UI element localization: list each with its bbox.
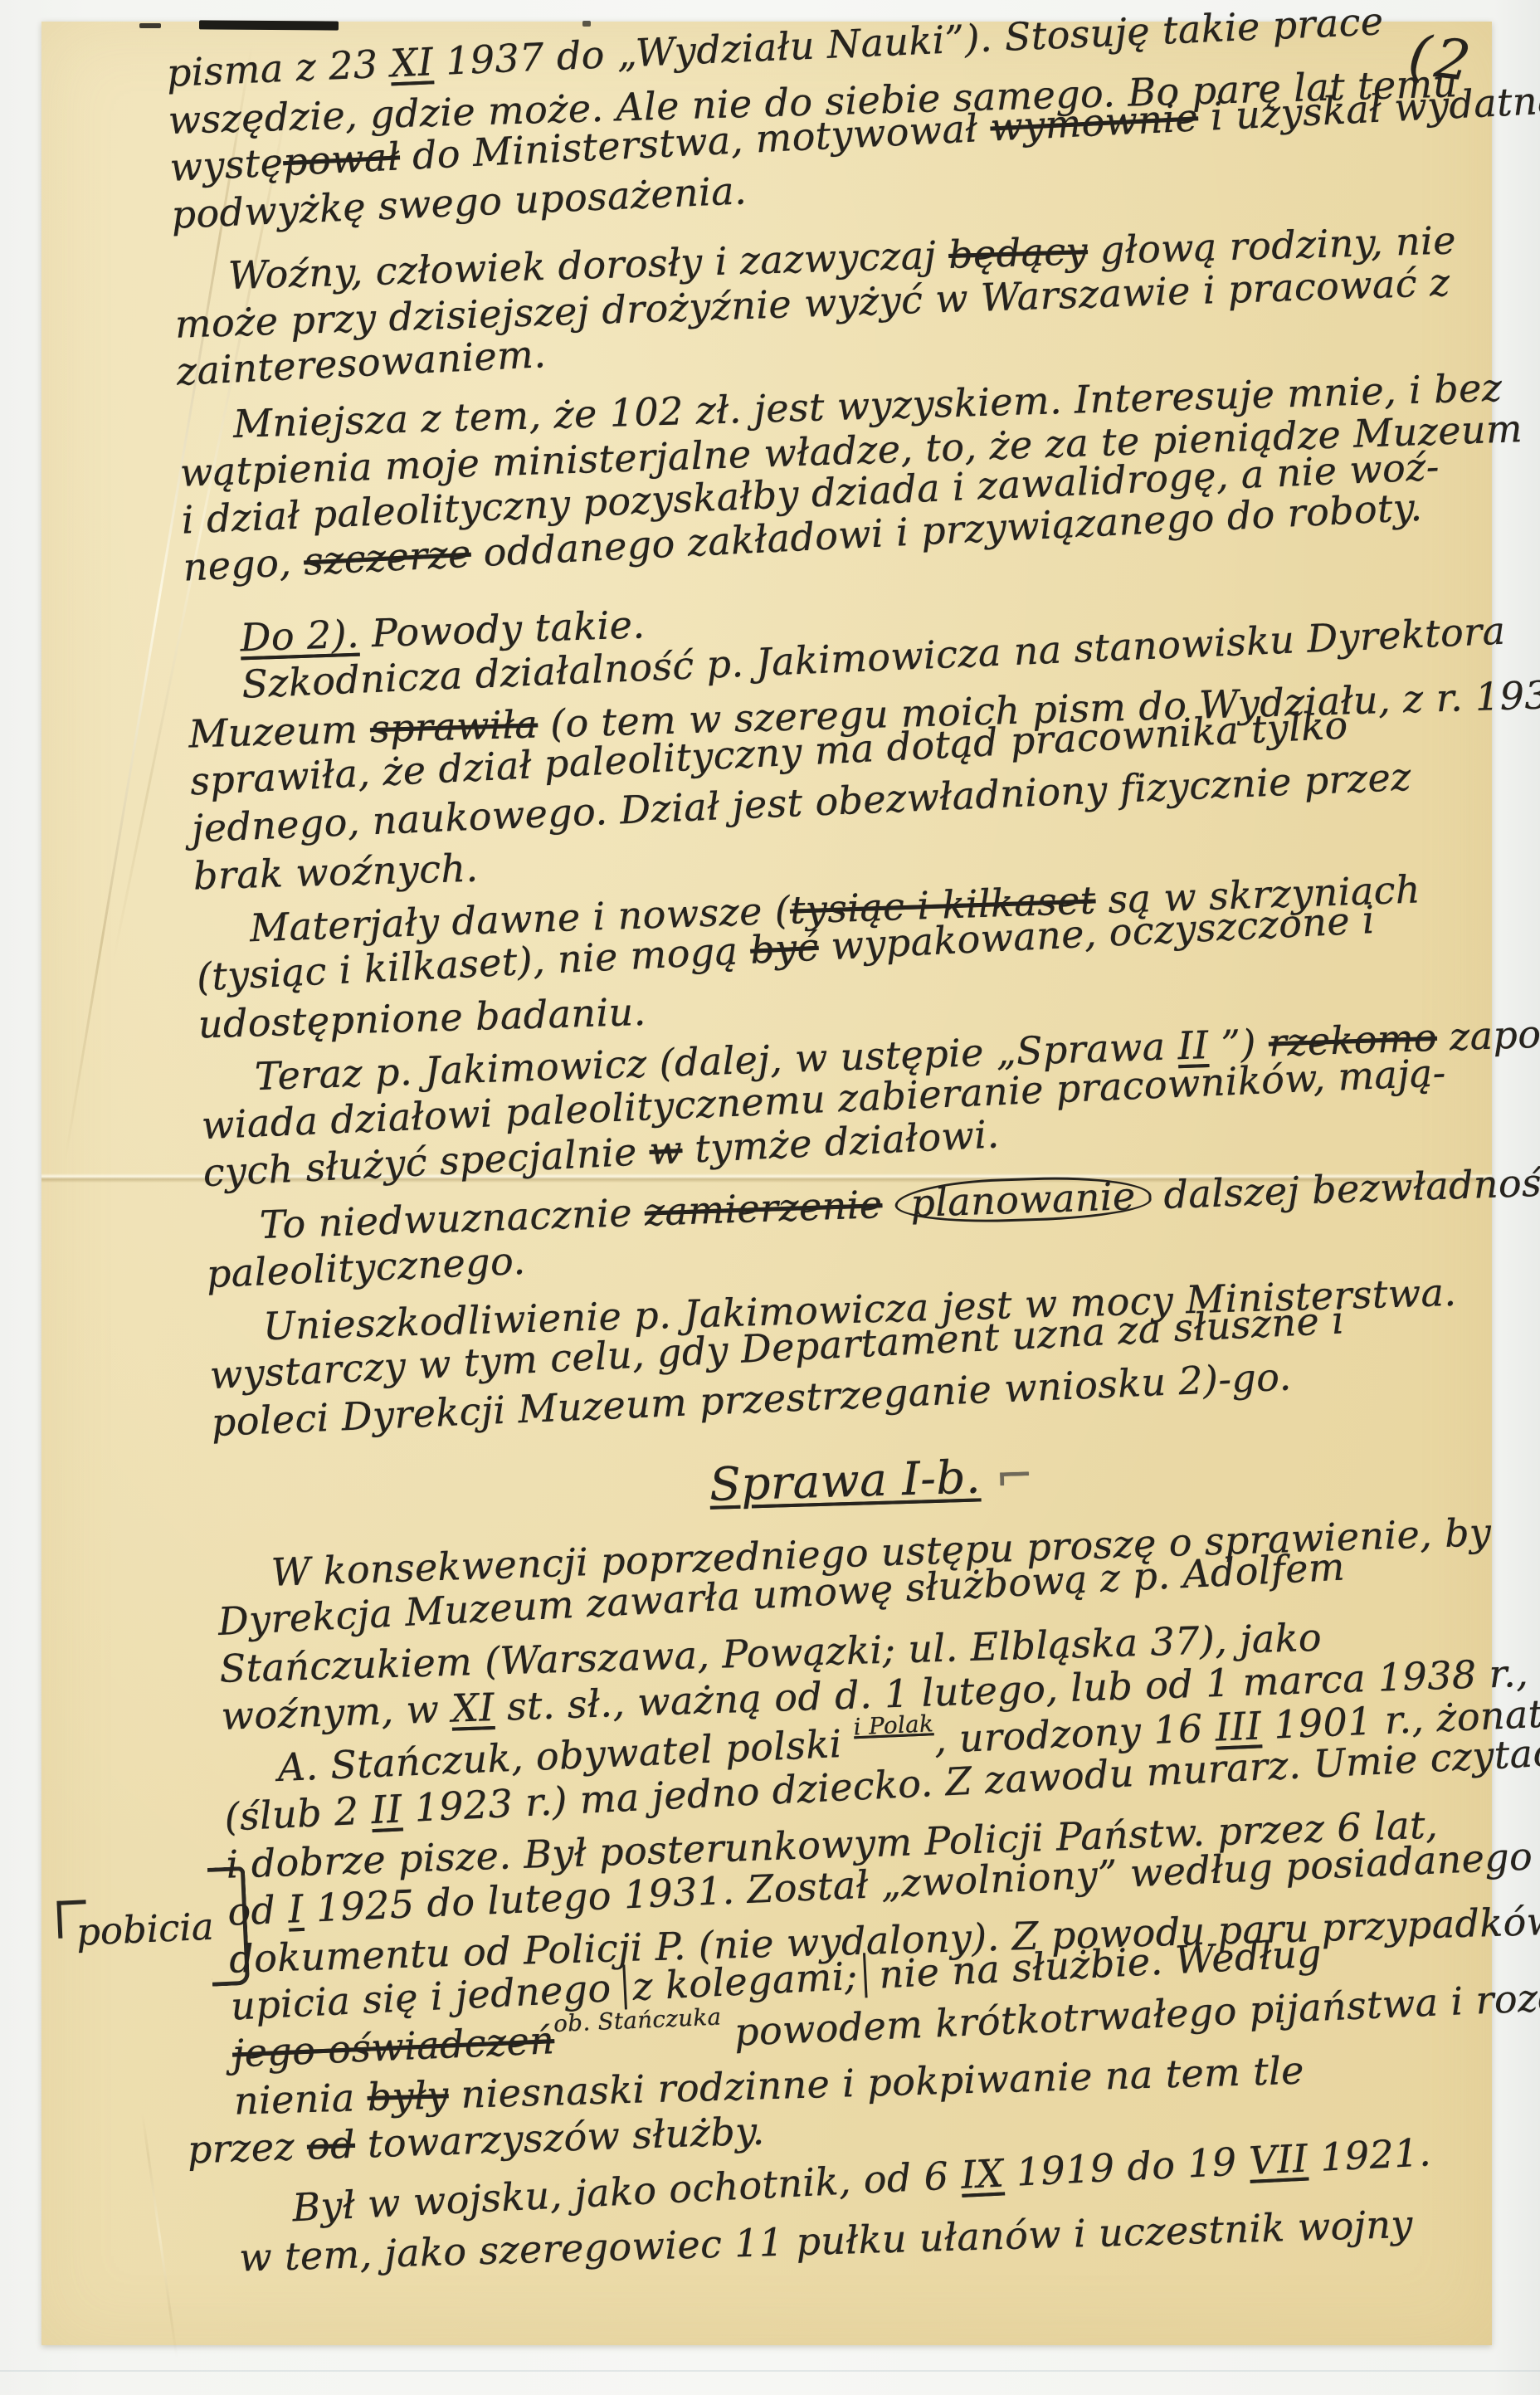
- text-segment: pował: [282, 134, 401, 184]
- text-segment: będący: [948, 228, 1088, 277]
- text-segment: wymownie: [989, 95, 1199, 149]
- text-segment: brak woźnych.: [192, 846, 479, 899]
- text-segment: 1921.: [1307, 2129, 1432, 2180]
- text-segment: były: [367, 2072, 449, 2119]
- text-segment: w: [648, 1127, 683, 1173]
- handwritten-line: Sprawa I-b. ⌐: [213, 1433, 1530, 1526]
- text-segment: wystę: [168, 139, 284, 190]
- text-segment: IX: [960, 2150, 1005, 2197]
- top-edge-smudge: [199, 20, 339, 30]
- text-segment: [881, 1182, 895, 1227]
- paper: (2 pobicia pisma z 23 XI 1937 do „Wydzia…: [41, 22, 1492, 2345]
- text-segment: VII: [1248, 2136, 1309, 2183]
- scan-background: { "scan": { "page_number": "(2", "margin…: [0, 0, 1540, 2395]
- text-segment: I: [287, 1886, 305, 1932]
- text-segment: ob. Stańczuka: [553, 1993, 722, 2047]
- text-segment: XI: [451, 1685, 495, 1731]
- text-segment: Sprawa I-b.: [709, 1450, 981, 1510]
- text-segment: Do 2).: [240, 612, 360, 661]
- manuscript-lines: pisma z 23 XI 1937 do „Wydziału Nauki”).…: [166, 6, 1540, 2281]
- text-segment: głową rodziny, nie: [1087, 217, 1456, 273]
- top-edge-smudge: [139, 23, 161, 28]
- text-segment: pisma z 23: [166, 41, 392, 95]
- text-segment: od: [306, 2122, 356, 2168]
- text-segment: Muzeum: [188, 706, 371, 756]
- top-edge-smudge: [582, 21, 591, 27]
- text-segment: woźnym, w: [221, 1686, 452, 1739]
- text-segment: 1919 do 19: [1003, 2139, 1250, 2195]
- text-segment: ⌐: [980, 1449, 1035, 1504]
- margin-note-text: pobicia: [76, 1905, 215, 1954]
- margin-note: pobicia: [62, 1895, 237, 1963]
- text-segment: być: [749, 924, 820, 973]
- text-segment: nienia: [233, 2075, 368, 2124]
- text-segment: przez: [187, 2124, 308, 2173]
- scan-edge-line: [0, 2370, 1540, 2372]
- text-segment: nego,: [182, 539, 305, 590]
- text-segment: od: [227, 1887, 289, 1934]
- diagonal-crease: [141, 2113, 178, 2359]
- text-segment: i Polak: [853, 1700, 935, 1750]
- pen-bracket-left: [56, 1900, 87, 1938]
- text-segment: szczerze: [303, 531, 472, 584]
- text-segment: XI: [389, 39, 434, 85]
- text-segment: (ślub 2: [223, 1788, 372, 1840]
- text-segment: II: [370, 1786, 403, 1832]
